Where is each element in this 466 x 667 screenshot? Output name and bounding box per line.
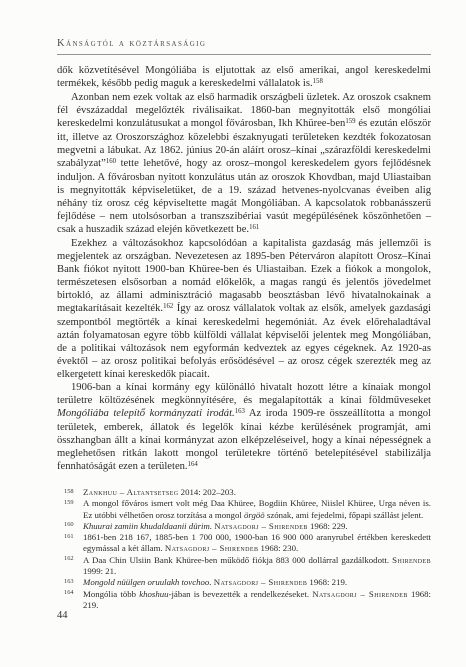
footnote-number: 159: [64, 497, 74, 508]
footnote: 162A Daa Chin Ulsiin Bank Khüree-ben műk…: [57, 555, 431, 578]
footnote-ref: 164: [188, 461, 198, 468]
text-segment: Mongólia több: [83, 589, 139, 599]
running-head: Kánságtól a köztársaságig: [57, 38, 431, 55]
text-segment: 1968: 230.: [258, 543, 298, 553]
footnote-text: A Daa Chin Ulsiin Bank Khüree-ben működő…: [83, 555, 431, 576]
footnote-number: 160: [64, 519, 74, 530]
text-segment: Natsagdorj – Shirendeb: [165, 543, 259, 553]
footnote-text: A mongol főváros ismert volt még Daa Khü…: [83, 498, 431, 519]
text-segment: Natsagdorj – Shirendeb: [214, 521, 308, 531]
paragraph: Ezekhez a változásokhoz kapcsolódóan a k…: [57, 237, 431, 381]
text-segment: A Daa Chin Ulsiin Bank Khüree-ben működő…: [83, 555, 392, 565]
text-segment: 1999: 21.: [83, 566, 116, 576]
paragraph: 1906-ban a kínai kormány egy különálló h…: [57, 381, 431, 474]
paragraph: dők közvetítésével Mongóliába is eljutot…: [57, 64, 431, 91]
footnote-ref: 163: [235, 408, 245, 415]
text-segment: 1906-ban a kínai kormány egy különálló h…: [57, 382, 431, 406]
page-content: Kánságtól a köztársaságig dők közvetítés…: [57, 38, 431, 611]
text-segment: örgöö: [244, 510, 265, 520]
paragraph: Azonban nem ezek voltak az első harmadik…: [57, 91, 431, 237]
text-segment: Natsagdorj – Shirendeb: [214, 577, 308, 587]
text-segment: 2014: 202–203.: [178, 487, 235, 497]
text-segment: khoshuu: [139, 589, 168, 599]
text-segment: dők közvetítésével Mongóliába is eljutot…: [57, 65, 431, 89]
footnote: 160Khuurai zamiin khudaldaanii dürim. Na…: [57, 521, 431, 532]
text-segment: Shirendeb: [392, 555, 431, 565]
footnote-number: 158: [64, 486, 74, 497]
text-segment: Mongóliába telepítő kormányzati irodát.: [57, 408, 235, 419]
footnote-text: Mongold nüülgen oruulakh tovchoo. Natsag…: [83, 577, 347, 587]
footnote-number: 161: [64, 531, 74, 542]
footnote: 164Mongólia több khoshuu-jában is beveze…: [57, 589, 431, 612]
footnote-ref: 158: [313, 78, 323, 85]
footnote-text: Mongólia több khoshuu-jában is bevezetté…: [83, 589, 431, 610]
text-segment: 1968: 219.: [307, 577, 347, 587]
footnote-number: 164: [64, 587, 74, 598]
body-text: dők közvetítésével Mongóliába is eljutot…: [57, 64, 431, 474]
text-segment: Natsagdorj – Shirendeb: [312, 589, 408, 599]
footnote-ref: 160: [106, 158, 116, 165]
footnote: 158Zankhuu – Altantsetseg 2014: 202–203.: [57, 487, 431, 498]
footnote: 1611861-ben 218 167, 1885-ben 1 700 000,…: [57, 532, 431, 555]
footnote: 159A mongol főváros ismert volt még Daa …: [57, 498, 431, 521]
text-segment: Zankhuu – Altantsetseg: [83, 487, 178, 497]
text-segment: 1968: 229.: [308, 521, 348, 531]
footnote-text: Zankhuu – Altantsetseg 2014: 202–203.: [83, 487, 236, 497]
footnote-ref: 159: [345, 118, 355, 125]
text-segment: tette lehetővé, hogy az orosz–mongol ker…: [57, 158, 431, 235]
footnote-number: 162: [64, 553, 74, 564]
footnotes: 158Zankhuu – Altantsetseg 2014: 202–203.…: [57, 487, 431, 611]
text-segment: szónak, ami fejedelmi, főpapi szállást j…: [265, 510, 424, 520]
page-number: 44: [57, 610, 68, 621]
footnote-ref: 161: [249, 224, 259, 231]
text-segment: Khuurai zamiin khudaldaanii dürim.: [83, 521, 212, 531]
text-segment: Így az orosz vállalatok voltak az elsők,…: [57, 303, 431, 380]
text-segment: -jában is bevezették a rendelkezéseket.: [169, 589, 313, 599]
footnote-text: Khuurai zamiin khudaldaanii dürim. Natsa…: [83, 521, 348, 531]
footnote-text: 1861-ben 218 167, 1885-ben 1 700 000, 19…: [83, 532, 431, 553]
footnote-number: 163: [64, 576, 74, 587]
footnote-ref: 162: [163, 303, 173, 310]
footnote: 163Mongold nüülgen oruulakh tovchoo. Nat…: [57, 577, 431, 588]
text-segment: Mongold nüülgen oruulakh tovchoo.: [83, 577, 212, 587]
book-page: Kánságtól a köztársaságig dők közvetítés…: [0, 0, 466, 667]
